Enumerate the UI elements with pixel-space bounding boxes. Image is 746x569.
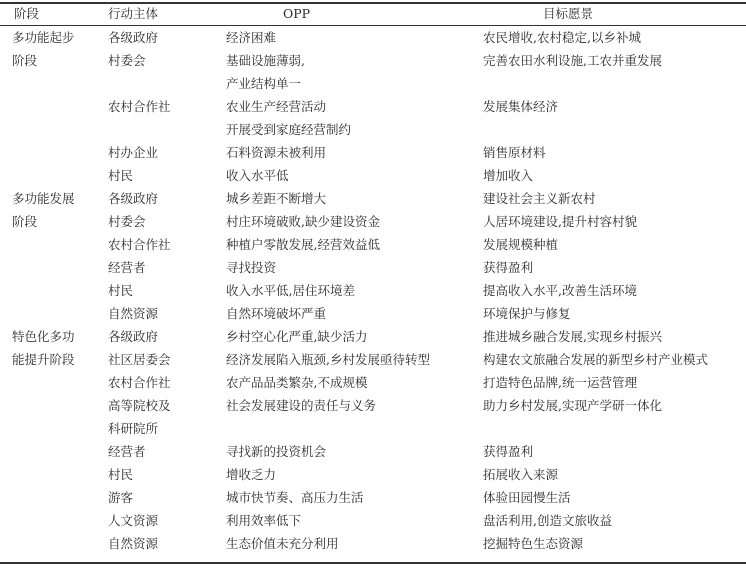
table-cell-opp: 石料资源未被利用 [226,145,326,161]
table-cell-actor: 村委会 [108,214,146,230]
table-cell-goal: 人居环境建设,提升村容村貌 [483,214,637,230]
table-cell-goal: 农民增收,农村稳定,以乡补城 [483,30,641,46]
table-cell-actor: 村民 [108,283,133,299]
table-cell-goal: 挖掘特色生态资源 [483,536,583,552]
table-cell-opp: 农产品品类繁杂,不成规模 [226,375,367,391]
table-cell-actor: 村民 [108,467,133,483]
table-cell-opp: 寻找新的投资机会 [226,444,326,460]
table-cell-goal: 提高收入水平,改善生活环境 [483,283,637,299]
table-cell-actor: 农村合作社 [108,99,171,115]
table-cell-goal: 完善农田水利设施,工农并重发展 [483,53,662,69]
table-cell-actor: 农村合作社 [108,237,171,253]
table-cell-opp: 基础设施薄弱, [226,53,305,69]
table-cell-opp: 产业结构单一 [226,76,301,92]
bottom-rule [0,562,746,564]
table-cell-stage: 阶段 [12,214,37,230]
table-cell-goal: 发展集体经济 [483,99,558,115]
header-actor: 行动主体 [108,6,158,22]
table-cell-actor: 自然资源 [108,536,158,552]
table-cell-actor: 经营者 [108,260,146,276]
table-cell-actor: 各级政府 [108,30,158,46]
table-cell-goal: 建设社会主义新农村 [483,191,596,207]
table-cell-opp: 农业生产经营活动 [226,99,326,115]
table-cell-actor: 自然资源 [108,306,158,322]
table-cell-stage: 多功能起步 [12,30,75,46]
table-cell-actor: 村办企业 [108,145,158,161]
table-cell-opp: 利用效率低下 [226,513,301,529]
header-goal: 目标愿景 [543,6,593,22]
table-cell-opp: 城市快节奏、高压力生活 [226,490,364,506]
table-cell-goal: 获得盈利 [483,260,533,276]
table-cell-opp: 社会发展建设的责任与义务 [226,398,376,414]
table-cell-opp: 村庄环境破败,缺少建设资金 [226,214,380,230]
table-cell-actor: 人文资源 [108,513,158,529]
table-cell-stage: 多功能发展 [12,191,75,207]
table-cell-opp: 收入水平低,居住环境差 [226,283,355,299]
table-cell-opp: 乡村空心化严重,缺少活力 [226,329,367,345]
table-cell-opp: 增收乏力 [226,467,276,483]
table-cell-actor: 社区居委会 [108,352,171,368]
table-cell-actor: 村委会 [108,53,146,69]
table-cell-opp: 经济困难 [226,30,276,46]
header-stage: 阶段 [14,6,39,22]
table-cell-actor: 各级政府 [108,191,158,207]
table-cell-opp: 开展受到家庭经营制约 [226,122,351,138]
table-cell-opp: 经济发展陷入瓶颈,乡村发展亟待转型 [226,352,430,368]
table-cell-actor: 经营者 [108,444,146,460]
table-cell-opp: 自然环境破坏严重 [226,306,326,322]
table-cell-goal: 环境保护与修复 [483,306,571,322]
table-cell-goal: 销售原材料 [483,145,546,161]
table-cell-goal: 增加收入 [483,168,533,184]
table-cell-actor: 村民 [108,168,133,184]
table-cell-goal: 体验田园慢生活 [483,490,571,506]
table-cell-opp: 生态价值未充分利用 [226,536,339,552]
table-cell-goal: 推进城乡融合发展,实现乡村振兴 [483,329,662,345]
table-cell-actor: 各级政府 [108,329,158,345]
table-cell-opp: 收入水平低 [226,168,289,184]
table-cell-stage: 阶段 [12,53,37,69]
table-cell-goal: 构建农文旅融合发展的新型乡村产业模式 [483,352,708,368]
table-cell-actor: 游客 [108,490,133,506]
table-cell-opp: 城乡差距不断增大 [226,191,326,207]
header-rule [0,25,746,26]
table-cell-goal: 助力乡村发展,实现产学研一体化 [483,398,662,414]
table-cell-goal: 拓展收入来源 [483,467,558,483]
table-cell-opp: 种植户零散发展,经营效益低 [226,237,380,253]
table-cell-actor: 科研院所 [108,421,158,437]
table-cell-goal: 获得盈利 [483,444,533,460]
table-cell-goal: 发展规模种植 [483,237,558,253]
header-opp: OPP [283,6,310,22]
table-cell-actor: 高等院校及 [108,398,171,414]
table-cell-opp: 寻找投资 [226,260,276,276]
table-cell-actor: 农村合作社 [108,375,171,391]
top-rule [0,2,746,4]
table-cell-goal: 盘活利用,创造文旅收益 [483,513,612,529]
table-cell-goal: 打造特色品牌,统一运营管理 [483,375,637,391]
table-cell-stage: 能提升阶段 [12,352,75,368]
table-cell-stage: 特色化多功 [12,329,75,345]
